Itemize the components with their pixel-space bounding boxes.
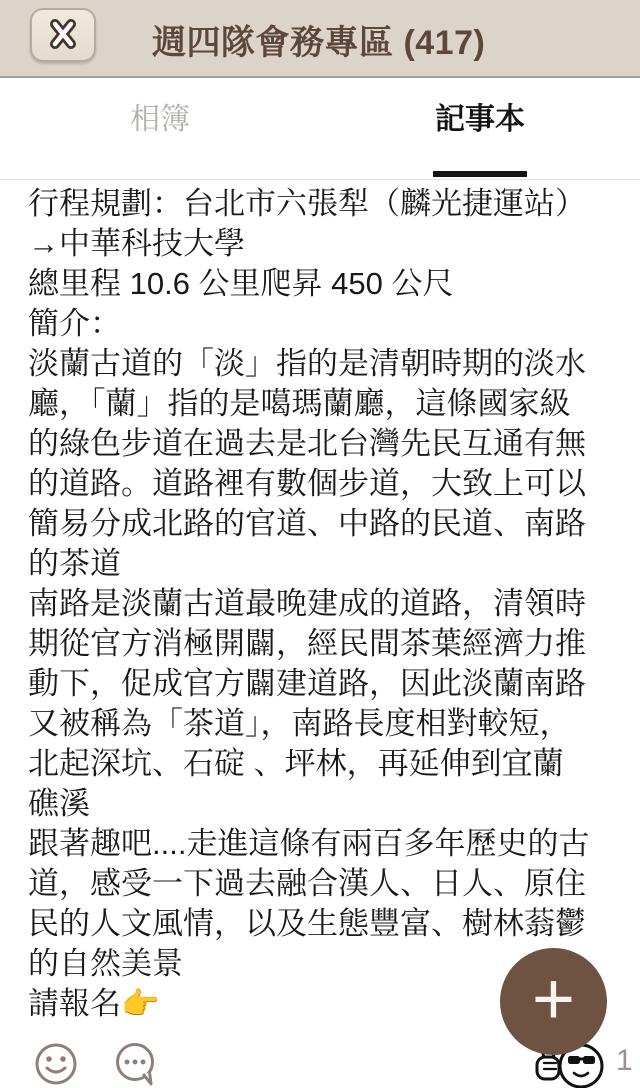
note-text-line: 總里程 10.6 公里爬昇 450 公尺 <box>28 264 612 304</box>
note-text-line: 的綠色步道在過去是北台灣先民互通有無 <box>28 424 612 464</box>
close-button[interactable] <box>30 8 96 62</box>
note-text-line: 又被稱為「茶道」，南路長度相對較短， <box>28 704 612 744</box>
add-note-fab[interactable]: + <box>500 948 607 1055</box>
note-text-line: 簡易分成北路的官道、中路的民道、南路 <box>28 504 612 544</box>
smiley-icon <box>34 1075 78 1088</box>
comment-bubble-icon <box>113 1075 159 1088</box>
note-text-line: 跟著趣吧....走進這條有兩百多年歷史的古 <box>28 824 612 864</box>
note-text-line: 簡介： <box>28 304 612 344</box>
note-text-line: 南路是淡蘭古道最晚建成的道路，清領時 <box>28 584 612 624</box>
note-text-line: 道，感受一下過去融合漢人、日人、原住 <box>28 864 612 904</box>
tab-notes[interactable]: 記事本 <box>320 80 640 179</box>
note-text-line: 民的人文風情，以及生態豐富、樹林蓊鬱 <box>28 904 612 944</box>
note-text-line: 期從官方消極開闢，經民間茶葉經濟力推 <box>28 624 612 664</box>
emoji-reaction-button[interactable] <box>34 1041 78 1088</box>
active-tab-underline <box>433 171 527 177</box>
header: 週四隊會務專區 (417) <box>0 0 640 78</box>
tab-notes-label: 記事本 <box>435 94 525 138</box>
tab-bar: 相簿 記事本 <box>0 80 640 180</box>
close-icon <box>41 14 85 57</box>
tab-album[interactable]: 相簿 <box>0 80 320 179</box>
note-text-line: 礁溪 <box>28 784 612 824</box>
note-text-line: 的茶道 <box>28 544 612 584</box>
note-text-line: 北起深坑、石碇 、坪林，再延伸到宜蘭 <box>28 744 612 784</box>
page-title: 週四隊會務專區 (417) <box>152 0 485 78</box>
comment-button[interactable] <box>113 1041 159 1088</box>
note-text-line: 動下，促成官方闢建道路，因此淡蘭南路 <box>28 664 612 704</box>
note-text-line: 的道路。道路裡有數個步道，大致上可以 <box>28 464 612 504</box>
note-text-line: 淡蘭古道的「淡」指的是清朝時期的淡水 <box>28 344 612 384</box>
note-text-line: 廳，「蘭」指的是噶瑪蘭廳，這條國家級 <box>28 384 612 424</box>
like-count: 1 <box>616 1044 633 1078</box>
note-text-line: 行程規劃：台北市六張犁（麟光捷運站） <box>28 184 612 224</box>
group-notes-screen: 週四隊會務專區 (417) 相簿 記事本 行程規劃：台北市六張犁（麟光捷運站） … <box>0 0 640 1088</box>
tab-album-label: 相簿 <box>130 94 190 138</box>
note-text-line: →中華科技大學 <box>28 224 612 264</box>
plus-icon: + <box>532 962 575 1036</box>
thumbs-up-sticker-icon <box>531 1076 609 1088</box>
